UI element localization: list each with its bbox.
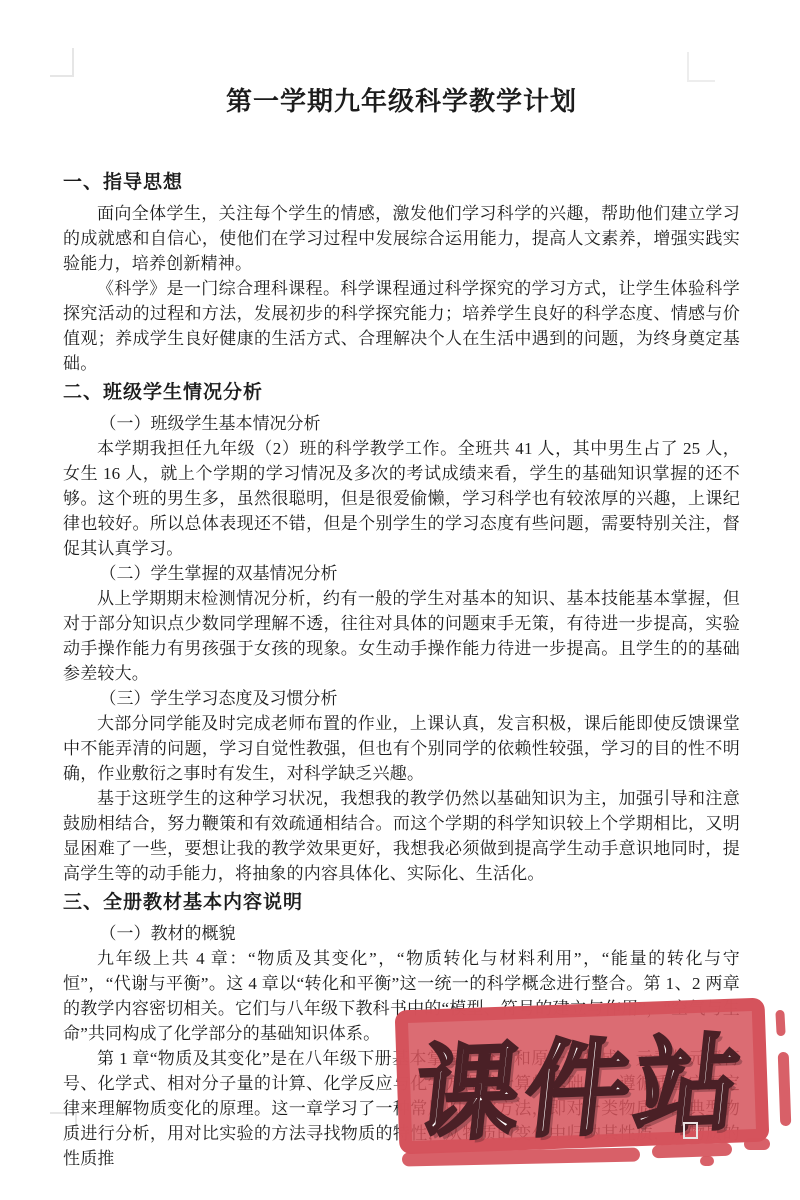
- stamp-ink-splatter: [700, 1156, 714, 1166]
- sub-heading-attitude-habits: （三）学生学习态度及习惯分析: [63, 686, 740, 711]
- section-heading-class-analysis: 二、班级学生情况分析: [63, 378, 740, 408]
- paragraph-attitude-1: 大部分同学能及时完成老师布置的作业，上课认真，发言积极，课后能即使反馈课堂中不能…: [63, 711, 740, 786]
- paragraph-attitude-2: 基于这班学生的这种学习状况，我想我的教学仍然以基础知识为主，加强引导和注意鼓励相…: [63, 786, 740, 886]
- document-page: 第一学期九年级科学教学计划 一、指导思想 面向全体学生，关注每个学生的情感，激发…: [0, 0, 800, 1200]
- document-title: 第一学期九年级科学教学计划: [63, 84, 740, 120]
- section-heading-guiding-ideology: 一、指导思想: [63, 168, 740, 198]
- sub-heading-double-base: （二）学生掌握的双基情况分析: [63, 561, 740, 586]
- stamp-ink-splatter: [778, 1052, 792, 1126]
- stamp-ink-splatter: [775, 1010, 785, 1036]
- watermark-stamp-text: 课件站: [410, 1032, 751, 1148]
- paragraph-guiding-2: 《科学》是一门综合理科课程。科学课程通过科学探究的学习方式，让学生体验科学探究活…: [63, 276, 740, 376]
- watermark-stamp: 课件站: [395, 998, 770, 1155]
- sub-heading-basic-situation: （一）班级学生基本情况分析: [63, 411, 740, 436]
- paragraph-double-base: 从上学期期末检测情况分析，约有一般的学生对基本的知识、基本技能基本掌握，但对于部…: [63, 586, 740, 686]
- paragraph-guiding-1: 面向全体学生，关注每个学生的情感，激发他们学习科学的兴趣，帮助他们建立学习的成就…: [63, 201, 740, 276]
- sub-heading-textbook-overview: （一）教材的概貌: [63, 921, 740, 946]
- paragraph-basic-situation: 本学期我担任九年级（2）班的科学教学工作。全班共 41 人，其中男生占了 25 …: [63, 436, 740, 561]
- document-content: 第一学期九年级科学教学计划 一、指导思想 面向全体学生，关注每个学生的情感，激发…: [63, 0, 740, 1171]
- margin-crop-mark-bottom-right: [683, 1122, 698, 1139]
- section-heading-textbook-content: 三、全册教材基本内容说明: [63, 888, 740, 918]
